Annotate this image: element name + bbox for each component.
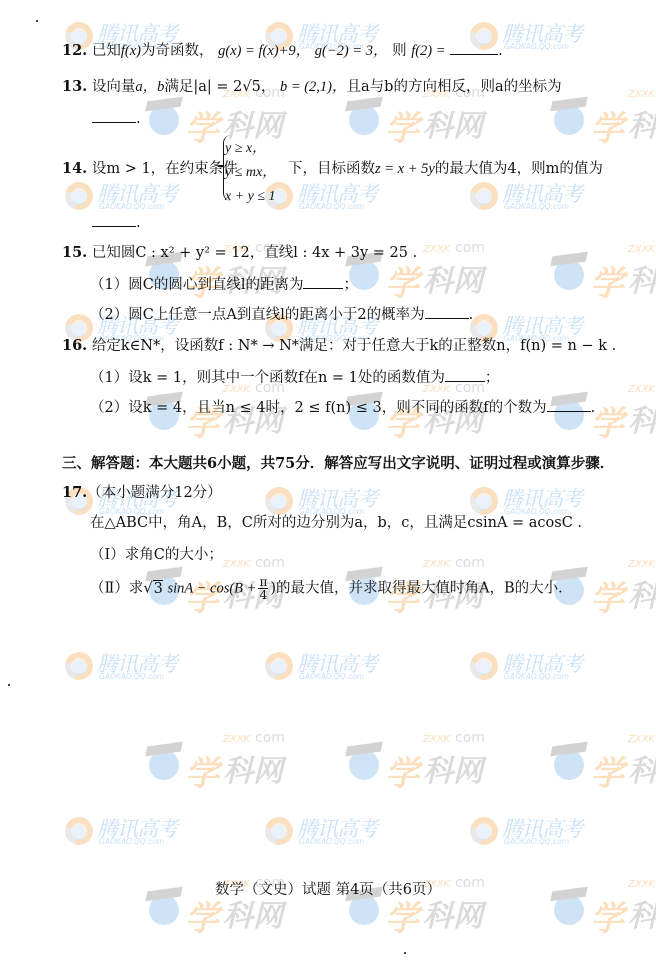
fraction: π4 xyxy=(258,576,268,601)
text: 给定k∈N*，设函数f : N* → N*满足：对于任意大于k的正整数n，f(n… xyxy=(92,338,616,354)
question-number: 14. xyxy=(62,160,87,177)
math: g(x) = f(x)+9， xyxy=(218,43,310,59)
text: （2）设k = 4，且当n ≤ 4时，2 ≤ f(n) ≤ 3，则不同的函数f的… xyxy=(90,400,547,416)
exam-page: 12. 已知f(x)为奇函数， g(x) = f(x)+9， g(−2) = 3… xyxy=(0,0,656,960)
scan-speck xyxy=(36,20,38,22)
math: a，b xyxy=(135,79,164,95)
footer-text: 数学（文史）试题 第4页（共6页） xyxy=(215,882,441,898)
text: （1）圆C的圆心到直线l的距离为 xyxy=(90,277,303,293)
brace-tip xyxy=(218,165,224,167)
question-17-part2: （Ⅱ）求√3 sinA − cos(B +π4)的最大值，并求取得最大值时角A，… xyxy=(90,576,573,601)
answer-blank xyxy=(547,399,591,412)
constraint: x + y ≤ 1 xyxy=(225,185,276,209)
question-16: 16. 给定k∈N*，设函数f : N* → N*满足：对于任意大于k的正整数n… xyxy=(62,337,616,355)
text: 为奇函数， xyxy=(141,43,214,59)
text: . xyxy=(136,111,141,127)
math: sinA − cos(B + xyxy=(167,581,256,597)
math: f(2) = xyxy=(411,43,445,59)
text: 已知圆C : x² + y² = 12，直线l : 4x + 3y = 25 . xyxy=(92,245,417,261)
question-15-part1: （1）圆C的圆心到直线l的距离为； xyxy=(90,276,358,294)
text: 已知 xyxy=(92,43,121,59)
text: ； xyxy=(485,370,500,386)
question-17-part1: （Ⅰ）求角C的大小； xyxy=(90,546,223,564)
text: )的最大值，并求取得最大值时角A，B的大小． xyxy=(270,581,572,597)
text: . xyxy=(136,215,141,231)
text: （Ⅰ）求角C的大小； xyxy=(90,547,223,563)
constraint: y ≥ x， xyxy=(225,137,276,161)
text: 下，目标函数 xyxy=(288,161,375,177)
question-15: 15. 已知圆C : x² + y² = 12，直线l : 4x + 3y = … xyxy=(62,244,417,262)
question-number: 17. xyxy=(62,484,87,501)
math: z = x + 5y xyxy=(375,161,435,177)
text: 设m > 1，在约束条件 xyxy=(92,161,238,177)
answer-blank xyxy=(92,110,136,123)
question-15-part2: （2）圆C上任意一点A到直线l的距离小于2的概率为. xyxy=(90,306,473,324)
text: 的最大值为4，则m的值为 xyxy=(435,161,603,177)
question-14-answer: . xyxy=(92,214,141,232)
answer-blank xyxy=(445,369,485,382)
scan-speck xyxy=(8,684,10,686)
text: 则 xyxy=(392,43,407,59)
question-16-part2: （2）设k = 4，且当n ≤ 4时，2 ≤ f(n) ≤ 3，则不同的函数f的… xyxy=(90,399,595,417)
question-number: 15. xyxy=(62,244,87,261)
math: f(x) xyxy=(121,43,141,59)
text: 在△ABC中，角A，B，C所对的边分别为a，b，c，且满足csinA = aco… xyxy=(90,515,582,531)
question-17-stem: 在△ABC中，角A，B，C所对的边分别为a，b，c，且满足csinA = aco… xyxy=(90,514,582,532)
text: 设向量 xyxy=(92,79,136,95)
constraint: y ≤ mx， xyxy=(225,161,276,185)
question-number: 16. xyxy=(62,337,87,354)
question-14-cont: 下，目标函数z = x + 5y的最大值为4，则m的值为 xyxy=(288,160,603,178)
text: ； xyxy=(343,277,358,293)
question-13-answer: . xyxy=(92,110,141,128)
text: . xyxy=(591,400,596,416)
text: （1）设k = 1，则其中一个函数f在n = 1处的函数值为 xyxy=(90,370,445,386)
denominator: 4 xyxy=(258,589,268,601)
constraint-system: y ≥ x， y ≤ mx， x + y ≤ 1 xyxy=(225,137,276,209)
text: （Ⅱ）求 xyxy=(90,581,143,597)
math: b = (2,1)， xyxy=(280,79,347,95)
heading-text: 三、解答题：本大题共6小题，共75分．解答应写出文字说明、证明过程或演算步骤． xyxy=(62,455,614,472)
points-label: （本小题满分12分） xyxy=(87,485,221,501)
question-12: 12. 已知f(x)为奇函数， g(x) = f(x)+9， g(−2) = 3… xyxy=(62,42,503,60)
math: g(−2) = 3， xyxy=(315,43,388,59)
question-number: 13. xyxy=(62,78,87,95)
section-3-heading: 三、解答题：本大题共6小题，共75分．解答应写出文字说明、证明过程或演算步骤． xyxy=(62,455,614,473)
question-17: 17.（本小题满分12分） xyxy=(62,484,222,502)
question-number: 12. xyxy=(62,42,87,59)
text: 满足|a| = 2√5， xyxy=(164,79,275,95)
answer-blank xyxy=(450,42,498,55)
text: （2）圆C上任意一点A到直线l的距离小于2的概率为 xyxy=(90,307,425,323)
question-14: 14. 设m > 1，在约束条件 xyxy=(62,160,238,178)
text: . xyxy=(498,43,503,59)
answer-blank xyxy=(425,306,469,319)
scan-speck xyxy=(404,952,406,954)
question-16-part1: （1）设k = 1，则其中一个函数f在n = 1处的函数值为； xyxy=(90,369,499,387)
text: . xyxy=(469,307,474,323)
sqrt-radicand: 3 xyxy=(153,580,163,597)
page-footer: 数学（文史）试题 第4页（共6页） xyxy=(0,878,656,899)
text: 且a与b的方向相反，则a的坐标为 xyxy=(347,79,562,95)
answer-blank xyxy=(303,276,343,289)
answer-blank xyxy=(92,214,136,227)
question-13: 13. 设向量a，b满足|a| = 2√5， b = (2,1)，且a与b的方向… xyxy=(62,78,562,96)
